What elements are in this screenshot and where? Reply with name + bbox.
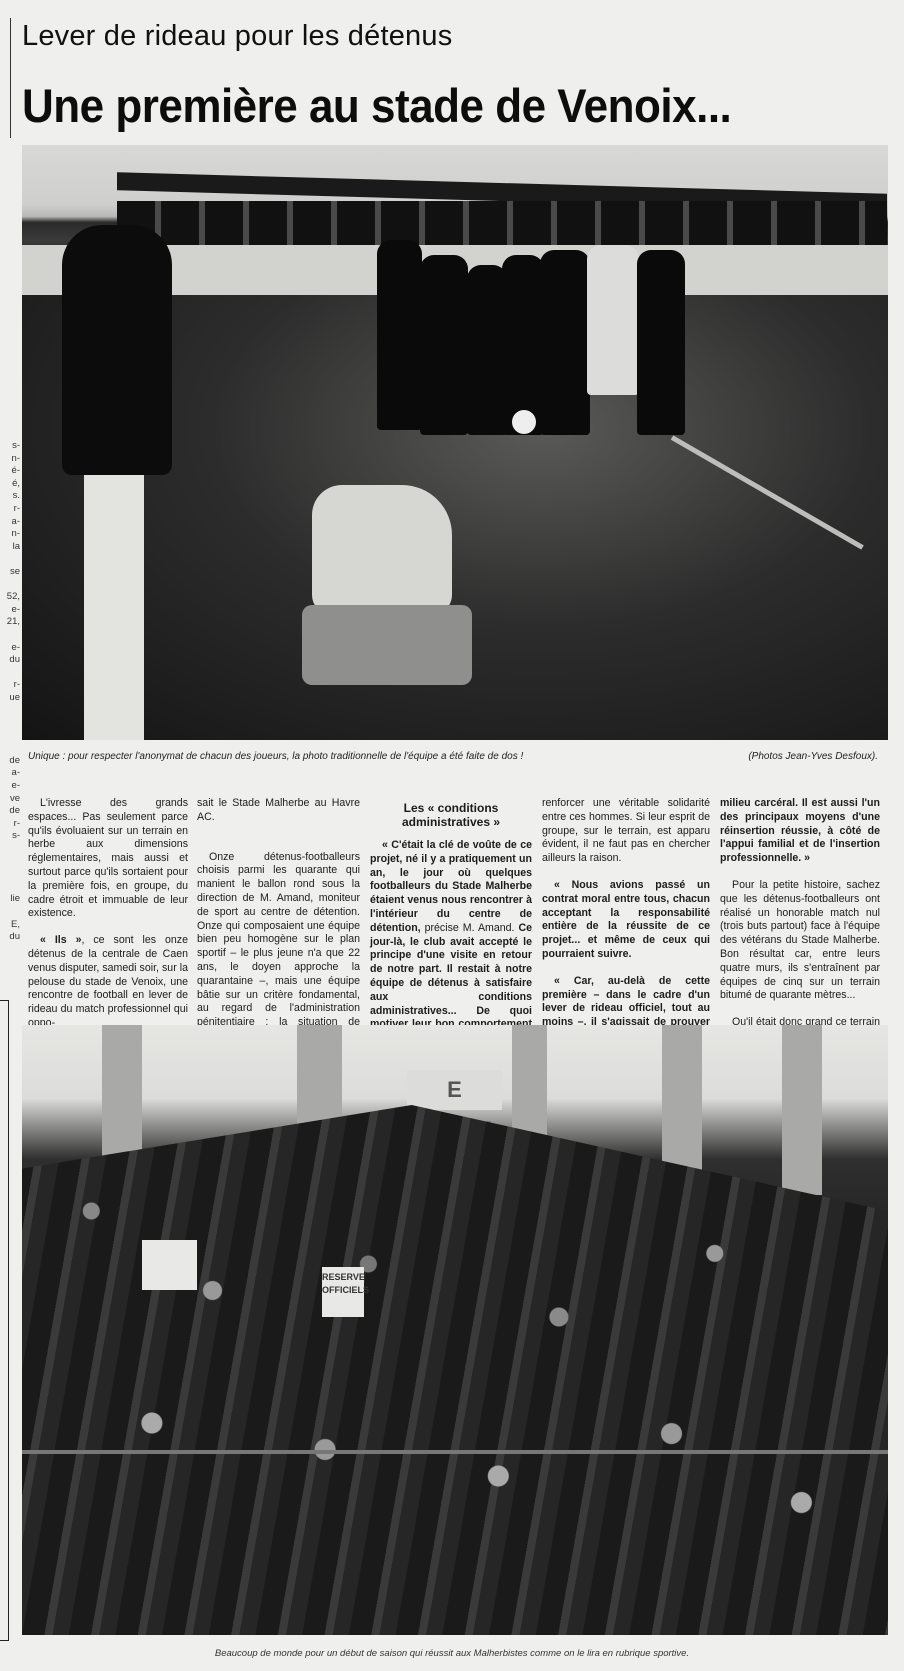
adjacent-column-fragment: lie	[0, 893, 20, 906]
box-corner-top	[0, 1000, 9, 1001]
adjacent-column-fragment: la	[0, 541, 20, 554]
football	[512, 410, 536, 434]
adjacent-column-fragment: de	[0, 805, 20, 818]
photo1-caption-text: Unique : pour respecter l'anonymat de ch…	[28, 751, 523, 762]
photo2-caption: Beaucoup de monde pour un début de saiso…	[0, 1648, 904, 1659]
standing-man	[62, 225, 172, 740]
adjacent-column-fragment: a-	[0, 516, 20, 529]
adjacent-column-fragment: r-	[0, 503, 20, 516]
adjacent-column-fragment: du	[0, 654, 20, 667]
paragraph: milieu carcéral. Il est aussi l'un des p…	[720, 797, 880, 866]
adjacent-column-fragment	[0, 843, 20, 856]
crouching-photographer	[282, 485, 492, 685]
adjacent-column-fragment	[0, 881, 20, 894]
article-column-1: L'ivresse des grands espaces... Pas seul…	[28, 797, 188, 1044]
adjacent-column-fragment	[0, 704, 20, 717]
adjacent-column-fragment	[0, 629, 20, 642]
paragraph: « Nous avions passé un contrat moral ent…	[542, 879, 710, 962]
section-subhead: Les « conditions administratives »	[370, 801, 532, 829]
bold-quote: milieu carcéral. Il est aussi l'un des p…	[720, 797, 880, 864]
adjacent-column-fragment	[0, 868, 20, 881]
adjacent-column-fragment: r-	[0, 679, 20, 692]
crowd-stands-photo: E FAURE RESERVE OFFICIELS	[22, 1025, 888, 1635]
adjacent-column-fragment: r-	[0, 818, 20, 831]
adjacent-column-fragment: 21,	[0, 616, 20, 629]
adjacent-column-fragment: é-	[0, 465, 20, 478]
photographer-back	[312, 485, 452, 615]
adjacent-column-fragment: s-	[0, 830, 20, 843]
paragraph: « C'était la clé de voûte de ce projet, …	[370, 839, 532, 1046]
player-silhouette	[502, 255, 544, 435]
banner	[142, 1240, 197, 1290]
adjacent-column-fragment	[0, 553, 20, 566]
stand-pillar	[782, 1025, 822, 1195]
standing-man-torso	[62, 225, 172, 475]
player-silhouette-white-shirt	[587, 245, 639, 395]
article-kicker: Lever de rideau pour les détenus	[22, 20, 452, 53]
standing-man-trousers	[84, 475, 144, 740]
adjacent-column-fragment: ve	[0, 793, 20, 806]
adjacent-column-fragment: de	[0, 755, 20, 768]
adjacent-column-fragment: a-	[0, 767, 20, 780]
paragraph: « Ils », ce sont les onze détenus de la …	[28, 934, 188, 1031]
paragraph: Pour la petite histoire, sachez que les …	[720, 879, 880, 1003]
bold-quote: « C'était la clé de voûte de ce projet, …	[370, 839, 532, 934]
paragraph-text: précise M. Amand.	[421, 922, 519, 934]
crowd	[22, 1105, 888, 1635]
adjacent-column-fragment: se	[0, 566, 20, 579]
photo1-caption: Unique : pour respecter l'anonymat de ch…	[28, 751, 878, 762]
adjacent-column-fragment	[0, 742, 20, 755]
player-silhouette	[420, 255, 468, 435]
adjacent-column-fragment: n-	[0, 528, 20, 541]
paragraph: sait le Stade Malherbe au Havre AC.	[197, 797, 360, 825]
article-headline: Une première au stade de Venoix...	[22, 80, 731, 134]
box-corner-bottom	[0, 1640, 9, 1641]
adjacent-column-fragment	[0, 730, 20, 743]
photo-credit: (Photos Jean-Yves Desfoux).	[748, 751, 878, 762]
bold-quote: « Ils »	[40, 934, 81, 946]
adjacent-column-fragment: s.	[0, 490, 20, 503]
reserved-officials-sign: RESERVE OFFICIELS	[322, 1267, 364, 1317]
adjacent-column-fragment	[0, 856, 20, 869]
paragraph: renforcer une véritable solidarité entre…	[542, 797, 710, 866]
stadium-stand	[117, 201, 887, 246]
adjacent-column-fragment: s-	[0, 440, 20, 453]
player-silhouette	[467, 265, 507, 435]
adjacent-column-fragment: é,	[0, 478, 20, 491]
adjacent-column-fragment: e-	[0, 780, 20, 793]
player-silhouette	[637, 250, 685, 435]
paragraph: L'ivresse des grands espaces... Pas seul…	[28, 797, 188, 921]
wall-lettering: E FAURE	[407, 1070, 502, 1110]
adjacent-column-fragment	[0, 717, 20, 730]
adjacent-column-fragment: ue	[0, 692, 20, 705]
adjacent-column-fragment: 52,	[0, 591, 20, 604]
adjacent-column-fragment: du	[0, 931, 20, 944]
stand-railing	[22, 1450, 888, 1454]
player-silhouette	[377, 240, 422, 430]
adjacent-column-fragment: e-	[0, 642, 20, 655]
adjacent-column-fragment: n-	[0, 453, 20, 466]
player-silhouette	[540, 250, 590, 435]
adjacent-column-fragment	[0, 579, 20, 592]
adjacent-column-fragment: E,	[0, 919, 20, 932]
adjacent-column-fragment: e-	[0, 604, 20, 617]
column-rule-top	[10, 18, 11, 138]
bold-quote: « Nous avions passé un contrat moral ent…	[542, 879, 710, 960]
adjacent-column-fragment	[0, 667, 20, 680]
photographer-legs	[302, 605, 472, 685]
adjacent-column-fragments: s-n-é-é,s.r-a-n-la se 52,e-21, e-du r-ue…	[0, 440, 20, 944]
column-rule-bottom	[8, 1000, 9, 1640]
team-photo-from-behind	[22, 145, 888, 740]
adjacent-column-fragment	[0, 906, 20, 919]
paragraph-text: , ce sont les onze détenus de la central…	[28, 934, 188, 1029]
